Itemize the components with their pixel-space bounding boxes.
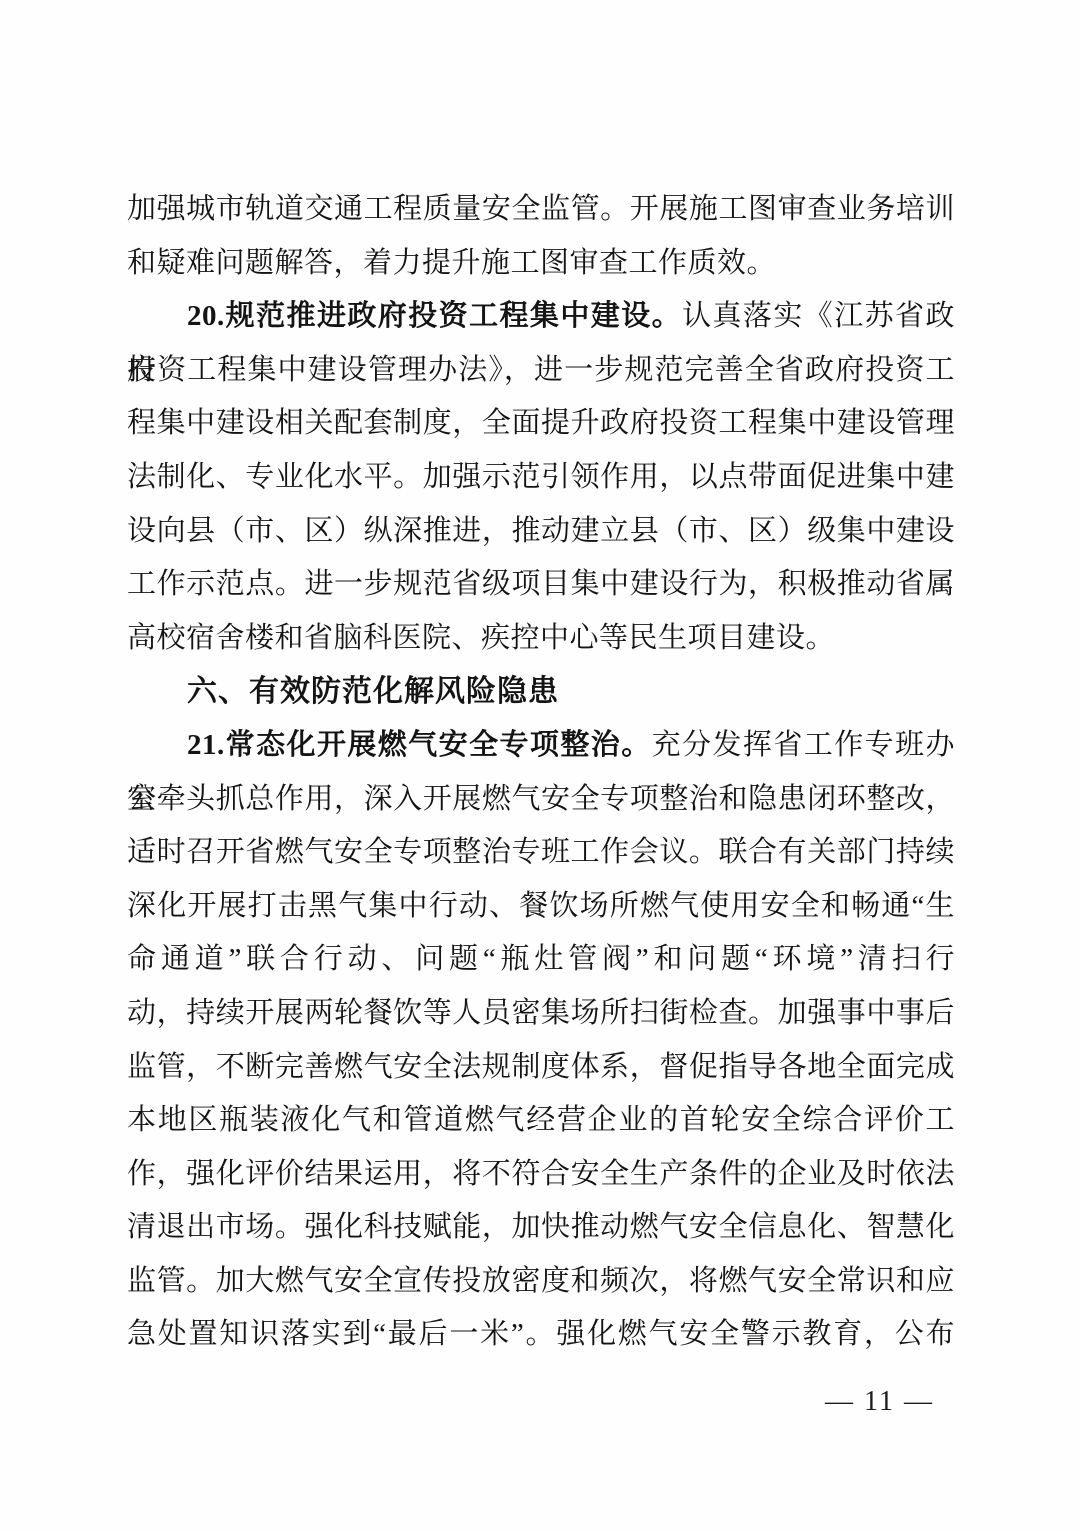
page-number: — 11 —	[825, 1386, 934, 1418]
section-heading: 六、有效防范化解风险隐患	[127, 665, 955, 719]
body-text: 适时召开省燃气安全专项整治专班工作会议。联合有关部门持续	[127, 836, 955, 868]
body-line: 适时召开省燃气安全专项整治专班工作会议。联合有关部门持续	[127, 826, 955, 880]
body-line: 命通道”联合行动、问题“瓶灶管阀”和问题“环境”清扫行	[127, 933, 955, 987]
body-text: 高校宿舍楼和省脑科医院、疾控中心等民生项目建设。	[127, 622, 835, 654]
body-line: 作，强化评价结果运用，将不符合安全生产条件的企业及时依法	[127, 1148, 955, 1202]
body-text: 法制化、专业化水平。加强示范引领作用，以点带面促进集中建	[127, 461, 955, 493]
body-line: 投资工程集中建设管理办法》，进一步规范完善全省政府投资工	[127, 344, 955, 398]
document-body: 加强城市轨道交通工程质量安全监管。开展施工图审查业务培训和疑难问题解答，着力提升…	[127, 183, 955, 1362]
body-text: 室牵头抓总作用，深入开展燃气安全专项整治和隐患闭环整改，	[127, 783, 955, 815]
body-text: 作，强化评价结果运用，将不符合安全生产条件的企业及时依法	[127, 1158, 955, 1190]
emphasized-text: 六、有效防范化解风险隐患	[187, 675, 559, 708]
body-text: 本地区瓶装液化气和管道燃气经营企业的首轮安全综合评价工	[127, 1104, 955, 1136]
body-text: 和疑难问题解答，着力提升施工图审查工作质效。	[127, 247, 776, 279]
body-text: 程集中建设相关配套制度，全面提升政府投资工程集中建设管理	[127, 407, 955, 439]
body-line: 和疑难问题解答，着力提升施工图审查工作质效。	[127, 237, 955, 291]
body-line: 深化开展打击黑气集中行动、餐饮场所燃气使用安全和畅通“生	[127, 880, 955, 934]
body-line: 21.常态化开展燃气安全专项整治。充分发挥省工作专班办公	[127, 719, 955, 773]
document-page: 加强城市轨道交通工程质量安全监管。开展施工图审查业务培训和疑难问题解答，着力提升…	[0, 0, 1080, 1531]
body-text: 监管，不断完善燃气安全法规制度体系，督促指导各地全面完成	[127, 1051, 955, 1083]
emphasized-text: 21.常态化开展燃气安全专项整治。	[187, 729, 652, 761]
body-text: 监管。加大燃气安全宣传投放密度和频次，将燃气安全常识和应	[127, 1265, 955, 1297]
body-text: 投资工程集中建设管理办法》，进一步规范完善全省政府投资工	[127, 354, 955, 386]
body-line: 20.规范推进政府投资工程集中建设。认真落实《江苏省政府	[127, 290, 955, 344]
body-text: 动，持续开展两轮餐饮等人员密集场所扫街检查。加强事中事后	[127, 997, 955, 1029]
body-line: 监管，不断完善燃气安全法规制度体系，督促指导各地全面完成	[127, 1041, 955, 1095]
body-line: 法制化、专业化水平。加强示范引领作用，以点带面促进集中建	[127, 451, 955, 505]
body-text: 设向县（市、区）纵深推进，推动建立县（市、区）级集中建设	[127, 515, 955, 547]
body-line: 监管。加大燃气安全宣传投放密度和频次，将燃气安全常识和应	[127, 1255, 955, 1309]
body-line: 工作示范点。进一步规范省级项目集中建设行为，积极推动省属	[127, 558, 955, 612]
body-line: 动，持续开展两轮餐饮等人员密集场所扫街检查。加强事中事后	[127, 987, 955, 1041]
emphasized-text: 20.规范推进政府投资工程集中建设。	[187, 300, 682, 332]
body-line: 清退出市场。强化科技赋能，加快推动燃气安全信息化、智慧化	[127, 1201, 955, 1255]
body-text: 急处置知识落实到“最后一米”。强化燃气安全警示教育，公布	[127, 1318, 955, 1350]
body-text: 命通道”联合行动、问题“瓶灶管阀”和问题“环境”清扫行	[127, 943, 955, 975]
body-line: 高校宿舍楼和省脑科医院、疾控中心等民生项目建设。	[127, 612, 955, 666]
body-line: 设向县（市、区）纵深推进，推动建立县（市、区）级集中建设	[127, 505, 955, 559]
body-line: 急处置知识落实到“最后一米”。强化燃气安全警示教育，公布	[127, 1308, 955, 1362]
body-line: 本地区瓶装液化气和管道燃气经营企业的首轮安全综合评价工	[127, 1094, 955, 1148]
body-text: 加强城市轨道交通工程质量安全监管。开展施工图审查业务培训	[127, 193, 955, 225]
body-line: 室牵头抓总作用，深入开展燃气安全专项整治和隐患闭环整改，	[127, 773, 955, 827]
body-line: 加强城市轨道交通工程质量安全监管。开展施工图审查业务培训	[127, 183, 955, 237]
body-text: 清退出市场。强化科技赋能，加快推动燃气安全信息化、智慧化	[127, 1211, 955, 1243]
body-text: 深化开展打击黑气集中行动、餐饮场所燃气使用安全和畅通“生	[127, 890, 955, 922]
body-line: 程集中建设相关配套制度，全面提升政府投资工程集中建设管理	[127, 397, 955, 451]
body-text: 工作示范点。进一步规范省级项目集中建设行为，积极推动省属	[127, 568, 955, 600]
